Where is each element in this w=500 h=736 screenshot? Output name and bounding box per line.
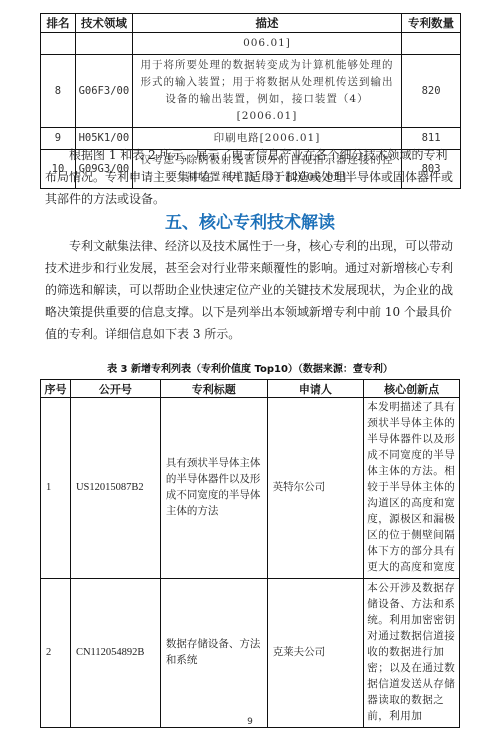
paragraph-summary: 根据图 1 和表 2 所示，展示了电子信息产业在各个细分技术领域的专利布局情况。… [45,144,457,210]
header-title: 专利标题 [160,380,267,398]
header-no: 序号 [41,380,71,398]
table-row: 2 CN112054892B 数据存储设备、方法和系统 克莱夫公司 本公开涉及数… [41,579,460,728]
page-number: 9 [0,717,500,727]
table-header-row: 排名 技术领域 描述 专利数量 [41,14,461,33]
header-count: 专利数量 [402,14,461,33]
header-applicant: 申请人 [267,380,364,398]
table-row: 8 G06F3/00 用于将所要处理的数据转变成为计算机能够处理的形式的输入装置… [41,55,461,128]
header-desc: 描述 [132,14,401,33]
table-3-caption: 表 3 新增专利列表（专利价值度 Top10）（数据来源：壹专利） [0,360,500,375]
table-3-new-patents: 序号 公开号 专利标题 申请人 核心创新点 1 US12015087B2 具有颈… [40,379,460,728]
table-row: 006.01] [41,33,461,55]
table-row: 1 US12015087B2 具有颈状半导体主体的半导体器件以及形成不同宽度的半… [41,398,460,579]
paragraph-core-patents: 专利文献集法律、经济以及技术属性于一身，核心专利的出现，可以带动技术进步和行业发… [45,235,457,345]
header-field: 技术领域 [75,14,132,33]
header-rank: 排名 [41,14,76,33]
header-innovation: 核心创新点 [364,380,460,398]
table-header-row: 序号 公开号 专利标题 申请人 核心创新点 [41,380,460,398]
section-heading: 五、核心专利技术解读 [0,208,500,233]
header-pub: 公开号 [70,380,160,398]
